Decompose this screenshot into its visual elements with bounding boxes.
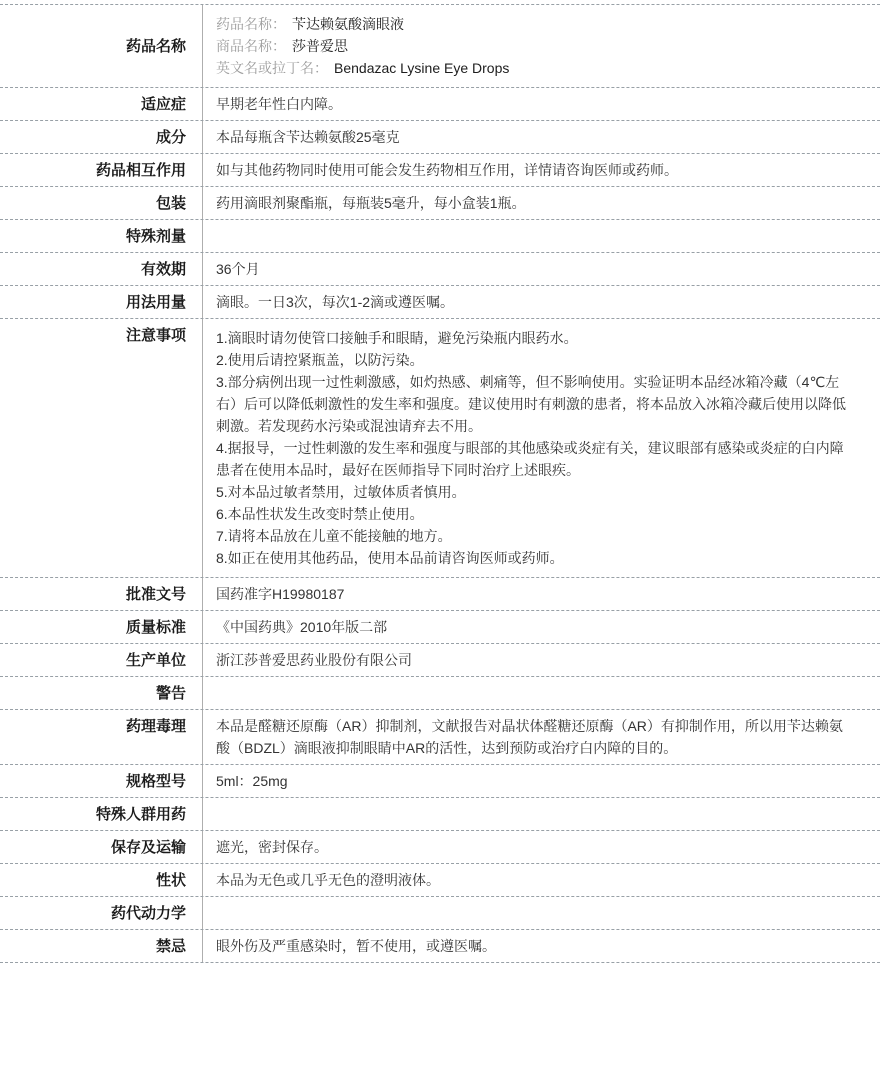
row-label: 药理毒理 xyxy=(126,718,186,735)
field-key: 商品名称： xyxy=(216,38,286,54)
row-value: 《中国药典》2010年版二部 xyxy=(216,616,856,638)
row-value-cell xyxy=(203,897,880,929)
row-value: 眼外伤及严重感染时，暂不使用，或遵医嘱。 xyxy=(216,935,856,957)
row-label: 适应症 xyxy=(141,96,186,113)
row-label-cell: 质量标准 xyxy=(0,611,203,643)
row-value: 遮光，密封保存。 xyxy=(216,836,856,858)
row-label: 药代动力学 xyxy=(111,905,186,922)
row-value-cell: 滴眼。一日3次，每次1-2滴或遵医嘱。 xyxy=(203,286,880,318)
row-label-cell: 用法用量 xyxy=(0,286,203,318)
row-value-cell: 1.滴眼时请勿使管口接触手和眼睛，避免污染瓶内眼药水。2.使用后请控紧瓶盖，以防… xyxy=(203,319,880,577)
table-row: 保存及运输 遮光，密封保存。 xyxy=(0,831,880,864)
row-label-cell: 特殊人群用药 xyxy=(0,798,203,830)
row-label: 用法用量 xyxy=(126,294,186,311)
row-value-cell: 遮光，密封保存。 xyxy=(203,831,880,863)
row-value-cell: 本品为无色或几乎无色的澄明液体。 xyxy=(203,864,880,896)
row-label-cell: 有效期 xyxy=(0,253,203,285)
row-label: 成分 xyxy=(156,129,186,146)
row-label-cell: 适应症 xyxy=(0,88,203,120)
name-line: 英文名或拉丁名：Bendazac Lysine Eye Drops xyxy=(216,57,856,79)
row-label-cell: 药品相互作用 xyxy=(0,154,203,186)
row-value: 本品是醛糖还原酶（AR）抑制剂，文献报告对晶状体醛糖还原酶（AR）有抑制作用，所… xyxy=(216,715,856,759)
note-item: 8.如正在使用其他药品，使用本品前请咨询医师或药师。 xyxy=(216,547,856,569)
row-value-cell: 本品每瓶含苄达赖氨酸25毫克 xyxy=(203,121,880,153)
row-value: 如与其他药物同时使用可能会发生药物相互作用，详情请咨询医师或药师。 xyxy=(216,159,856,181)
table-row: 药理毒理 本品是醛糖还原酶（AR）抑制剂，文献报告对晶状体醛糖还原酶（AR）有抑… xyxy=(0,710,880,765)
row-label: 保存及运输 xyxy=(111,839,186,856)
note-item: 6.本品性状发生改变时禁止使用。 xyxy=(216,503,856,525)
row-label: 质量标准 xyxy=(126,619,186,636)
table-row: 禁忌 眼外伤及严重感染时，暂不使用，或遵医嘱。 xyxy=(0,930,880,963)
row-label-cell: 批准文号 xyxy=(0,578,203,610)
note-item: 3.部分病例出现一过性刺激感，如灼热感、刺痛等，但不影响使用。实验证明本品经冰箱… xyxy=(216,371,856,437)
row-label: 性状 xyxy=(156,872,186,889)
row-label: 禁忌 xyxy=(156,938,186,955)
row-value-cell: 眼外伤及严重感染时，暂不使用，或遵医嘱。 xyxy=(203,930,880,962)
row-value-cell xyxy=(203,220,880,252)
row-value: 早期老年性白内障。 xyxy=(216,93,856,115)
row-value-cell xyxy=(203,677,880,709)
table-row: 药代动力学 xyxy=(0,897,880,930)
field-key: 英文名或拉丁名： xyxy=(216,60,328,76)
row-label: 批准文号 xyxy=(126,586,186,603)
row-value-cell: 5ml：25mg xyxy=(203,765,880,797)
table-row: 特殊人群用药 xyxy=(0,798,880,831)
table-row: 药品名称 药品名称：苄达赖氨酸滴眼液商品名称：莎普爱思英文名或拉丁名：Benda… xyxy=(0,5,880,88)
field-value: Bendazac Lysine Eye Drops xyxy=(334,60,509,76)
row-label-cell: 生产单位 xyxy=(0,644,203,676)
row-value: 药用滴眼剂聚酯瓶，每瓶装5毫升，每小盒装1瓶。 xyxy=(216,192,856,214)
field-value: 莎普爱思 xyxy=(292,38,348,54)
table-row: 包装 药用滴眼剂聚酯瓶，每瓶装5毫升，每小盒装1瓶。 xyxy=(0,187,880,220)
row-label: 有效期 xyxy=(141,261,186,278)
field-value: 苄达赖氨酸滴眼液 xyxy=(292,16,404,32)
row-value-cell: 36个月 xyxy=(203,253,880,285)
row-value: 36个月 xyxy=(216,258,856,280)
table-row: 生产单位 浙江莎普爱思药业股份有限公司 xyxy=(0,644,880,677)
row-label: 注意事项 xyxy=(126,327,186,344)
field-key: 药品名称： xyxy=(216,16,286,32)
row-value: 浙江莎普爱思药业股份有限公司 xyxy=(216,649,856,671)
table-row: 批准文号 国药准字H19980187 xyxy=(0,578,880,611)
table-row: 适应症 早期老年性白内障。 xyxy=(0,88,880,121)
row-label: 生产单位 xyxy=(126,652,186,669)
row-label-cell: 禁忌 xyxy=(0,930,203,962)
row-value-cell: 药用滴眼剂聚酯瓶，每瓶装5毫升，每小盒装1瓶。 xyxy=(203,187,880,219)
row-label-cell: 药理毒理 xyxy=(0,710,203,764)
row-label-cell: 特殊剂量 xyxy=(0,220,203,252)
table-row: 性状 本品为无色或几乎无色的澄明液体。 xyxy=(0,864,880,897)
row-label-cell: 性状 xyxy=(0,864,203,896)
row-label-cell: 规格型号 xyxy=(0,765,203,797)
table-row: 有效期 36个月 xyxy=(0,253,880,286)
table-row: 警告 xyxy=(0,677,880,710)
row-value-cell: 《中国药典》2010年版二部 xyxy=(203,611,880,643)
name-line: 药品名称：苄达赖氨酸滴眼液 xyxy=(216,13,856,35)
row-value-cell: 药品名称：苄达赖氨酸滴眼液商品名称：莎普爱思英文名或拉丁名：Bendazac L… xyxy=(203,5,880,87)
row-label-cell: 注意事项 xyxy=(0,319,203,577)
table-row: 质量标准 《中国药典》2010年版二部 xyxy=(0,611,880,644)
table-row: 药品相互作用 如与其他药物同时使用可能会发生药物相互作用，详情请咨询医师或药师。 xyxy=(0,154,880,187)
row-label: 特殊剂量 xyxy=(126,228,186,245)
row-label-cell: 警告 xyxy=(0,677,203,709)
note-item: 2.使用后请控紧瓶盖，以防污染。 xyxy=(216,349,856,371)
row-label: 包装 xyxy=(156,195,186,212)
row-label: 药品相互作用 xyxy=(96,162,186,179)
row-label: 药品名称 xyxy=(126,38,186,55)
row-value-cell: 如与其他药物同时使用可能会发生药物相互作用，详情请咨询医师或药师。 xyxy=(203,154,880,186)
row-label: 警告 xyxy=(156,685,186,702)
row-value-cell: 早期老年性白内障。 xyxy=(203,88,880,120)
table-row: 用法用量 滴眼。一日3次，每次1-2滴或遵医嘱。 xyxy=(0,286,880,319)
note-item: 5.对本品过敏者禁用，过敏体质者慎用。 xyxy=(216,481,856,503)
note-item: 7.请将本品放在儿童不能接触的地方。 xyxy=(216,525,856,547)
table-row: 注意事项 1.滴眼时请勿使管口接触手和眼睛，避免污染瓶内眼药水。2.使用后请控紧… xyxy=(0,319,880,578)
row-label: 规格型号 xyxy=(126,773,186,790)
table-row: 特殊剂量 xyxy=(0,220,880,253)
row-value-cell xyxy=(203,798,880,830)
note-item: 1.滴眼时请勿使管口接触手和眼睛，避免污染瓶内眼药水。 xyxy=(216,327,856,349)
row-value-cell: 国药准字H19980187 xyxy=(203,578,880,610)
row-label-cell: 成分 xyxy=(0,121,203,153)
row-label-cell: 药品名称 xyxy=(0,5,203,87)
row-value: 本品为无色或几乎无色的澄明液体。 xyxy=(216,869,856,891)
row-value: 滴眼。一日3次，每次1-2滴或遵医嘱。 xyxy=(216,291,856,313)
row-label: 特殊人群用药 xyxy=(96,806,186,823)
table-row: 规格型号 5ml：25mg xyxy=(0,765,880,798)
name-line: 商品名称：莎普爱思 xyxy=(216,35,856,57)
row-label-cell: 药代动力学 xyxy=(0,897,203,929)
row-value: 国药准字H19980187 xyxy=(216,583,856,605)
row-value: 本品每瓶含苄达赖氨酸25毫克 xyxy=(216,126,856,148)
row-value-cell: 浙江莎普爱思药业股份有限公司 xyxy=(203,644,880,676)
note-item: 4.据报导，一过性刺激的发生率和强度与眼部的其他感染或炎症有关，建议眼部有感染或… xyxy=(216,437,856,481)
table-row: 成分 本品每瓶含苄达赖氨酸25毫克 xyxy=(0,121,880,154)
drug-info-table: 药品名称 药品名称：苄达赖氨酸滴眼液商品名称：莎普爱思英文名或拉丁名：Benda… xyxy=(0,4,880,963)
row-label-cell: 包装 xyxy=(0,187,203,219)
row-label-cell: 保存及运输 xyxy=(0,831,203,863)
row-value: 5ml：25mg xyxy=(216,770,856,792)
row-value-cell: 本品是醛糖还原酶（AR）抑制剂，文献报告对晶状体醛糖还原酶（AR）有抑制作用，所… xyxy=(203,710,880,764)
